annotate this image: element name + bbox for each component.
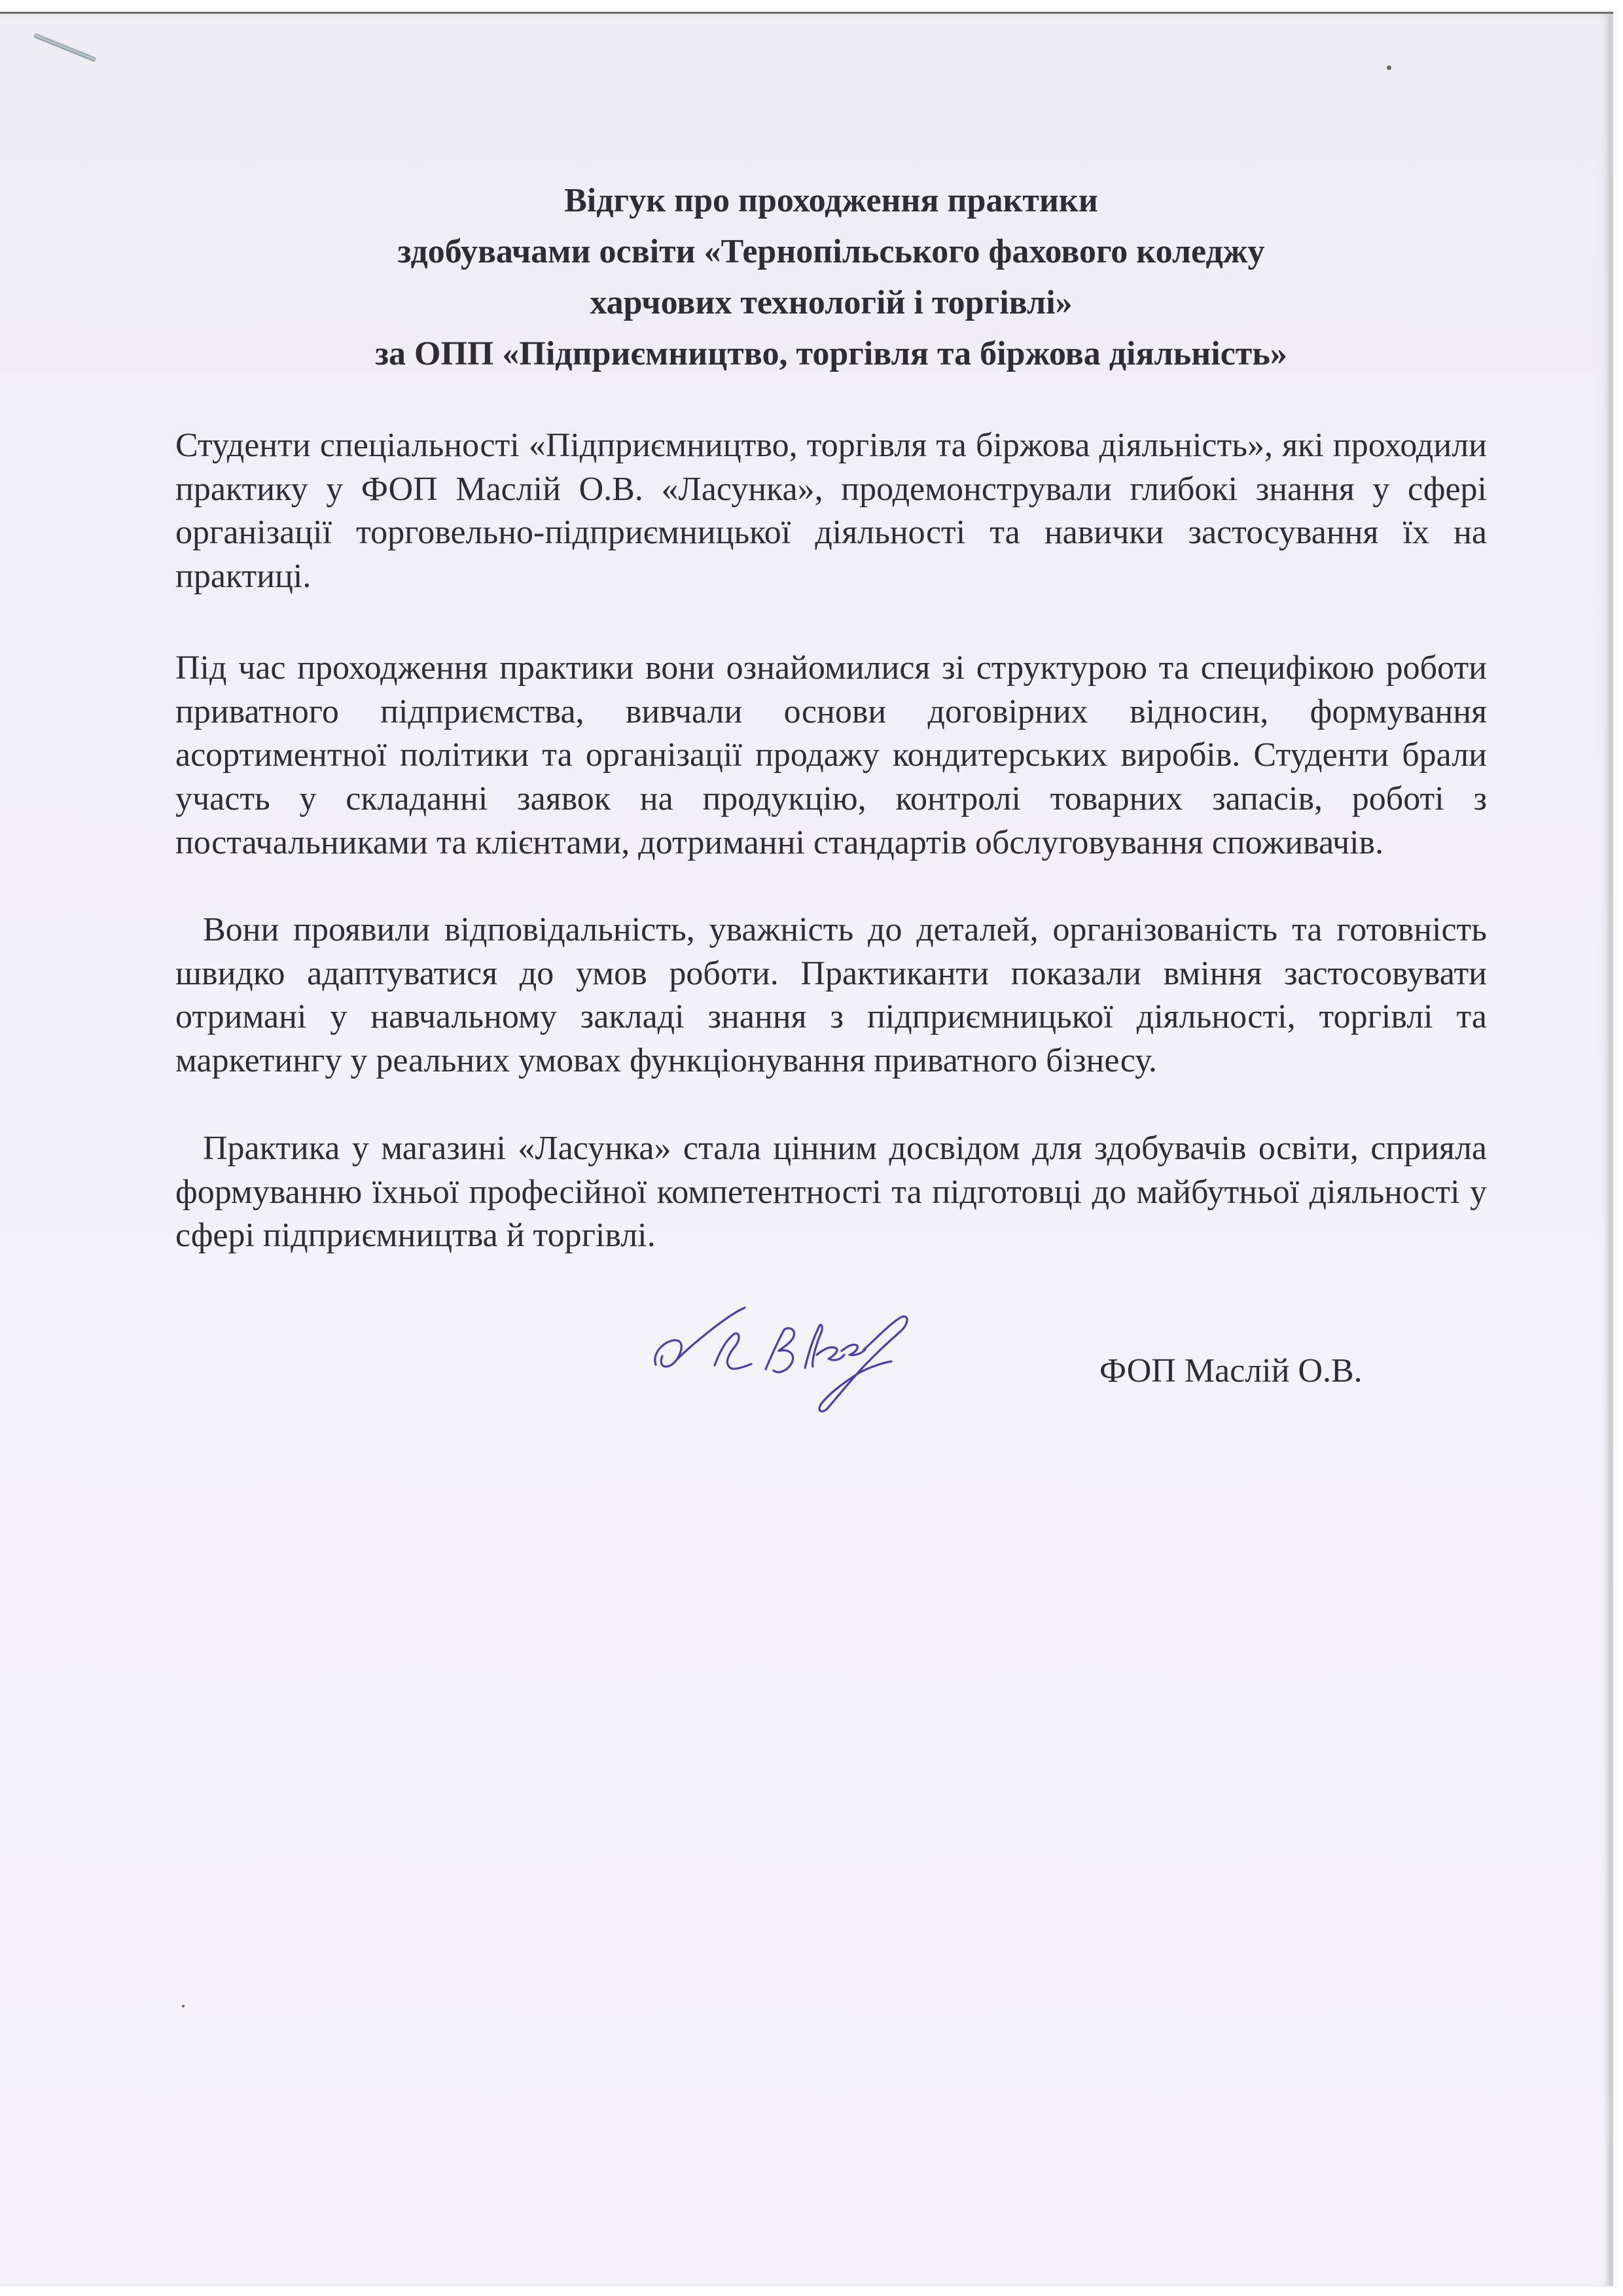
paragraph-conclusion: Практика у магазині «Ласунка» стала цінн… xyxy=(175,1127,1487,1258)
title-line-2: здобувачами освіти «Тернопільського фахо… xyxy=(175,226,1487,278)
signature-icon xyxy=(648,1302,910,1414)
signer-name: ФОП Маслій О.В. xyxy=(1099,1350,1363,1393)
title-line-3: харчових технологій і торгівлі» xyxy=(175,278,1487,329)
paragraph-intro: Студенти спеціальності «Підприємництво, … xyxy=(175,424,1487,599)
paragraph-activities: Під час проходження практики вони ознайо… xyxy=(175,647,1487,865)
document-title: Відгук про проходження практики здобувач… xyxy=(175,175,1487,380)
title-line-1: Відгук про проходження практики xyxy=(175,175,1487,226)
dust-speck xyxy=(1387,65,1391,70)
title-line-4: за ОПП «Підприємництво, торгівля та бірж… xyxy=(175,329,1487,380)
dust-speck xyxy=(182,2005,185,2007)
paragraph-qualities: Вони проявили відповідальність, уважніст… xyxy=(175,908,1487,1083)
